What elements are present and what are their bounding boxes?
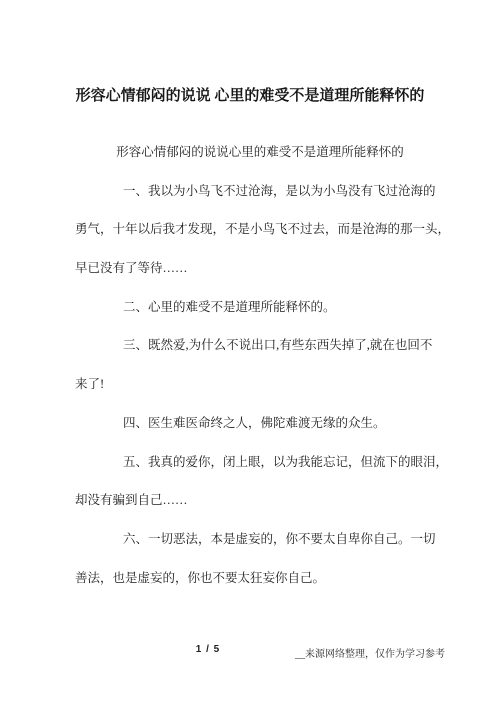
- paragraph-line: 六、一切恶法，本是虚妄的，你不要太自卑你自己。一切: [75, 520, 445, 559]
- paragraph: 五、我真的爱你，闭上眼，以为我能忘记，但流下的眼泪，却没有骗到自己……: [75, 443, 445, 520]
- source-note: __来源网络整理，仅作为学习参考: [295, 645, 445, 660]
- document-body: 形容心情郁闷的说说心里的难受不是道理所能释怀的 一、我以为小鸟飞不过沧海，是以为…: [0, 133, 500, 597]
- paragraph-line: 三、既然爱,为什么不说出口,有些东西失掉了,就在也回不: [75, 326, 445, 365]
- paragraph: 三、既然爱,为什么不说出口,有些东西失掉了,就在也回不来了!: [75, 326, 445, 403]
- document-subtitle: 形容心情郁闷的说说心里的难受不是道理所能释怀的: [75, 133, 445, 172]
- paragraph: 二、心里的难受不是道理所能释怀的。: [75, 288, 445, 327]
- paragraph-line: 善法，也是虚妄的，你也不要太狂妄你自己。: [75, 559, 445, 598]
- document-page: 形容心情郁闷的说说 心里的难受不是道理所能释怀的 形容心情郁闷的说说心里的难受不…: [0, 0, 500, 707]
- paragraph-line: 二、心里的难受不是道理所能释怀的。: [75, 288, 445, 327]
- paragraph: 四、医生难医命终之人，佛陀难渡无缘的众生。: [75, 404, 445, 443]
- paragraph-line: 勇气，十年以后我才发现，不是小鸟飞不过去，而是沧海的那一头，: [75, 210, 445, 249]
- paragraph-line: 四、医生难医命终之人，佛陀难渡无缘的众生。: [75, 404, 445, 443]
- paragraph: 一、我以为小鸟飞不过沧海，是以为小鸟没有飞过沧海的勇气，十年以后我才发现，不是小…: [75, 172, 445, 288]
- page-footer: 1 / 5 __来源网络整理，仅作为学习参考: [0, 644, 500, 662]
- paragraph: 六、一切恶法，本是虚妄的，你不要太自卑你自己。一切善法，也是虚妄的，你也不要太狂…: [75, 520, 445, 597]
- paragraph-line: 早已没有了等待……: [75, 249, 445, 288]
- paragraph-line: 来了!: [75, 365, 445, 404]
- paragraph-line: 一、我以为小鸟飞不过沧海，是以为小鸟没有飞过沧海的: [75, 172, 445, 211]
- paragraph-line: 却没有骗到自己……: [75, 481, 445, 520]
- document-title: 形容心情郁闷的说说 心里的难受不是道理所能释怀的: [72, 0, 429, 115]
- page-number: 1 / 5: [186, 644, 230, 655]
- paragraph-line: 五、我真的爱你，闭上眼，以为我能忘记，但流下的眼泪，: [75, 443, 445, 482]
- paragraphs-container: 一、我以为小鸟飞不过沧海，是以为小鸟没有飞过沧海的勇气，十年以后我才发现，不是小…: [75, 172, 445, 598]
